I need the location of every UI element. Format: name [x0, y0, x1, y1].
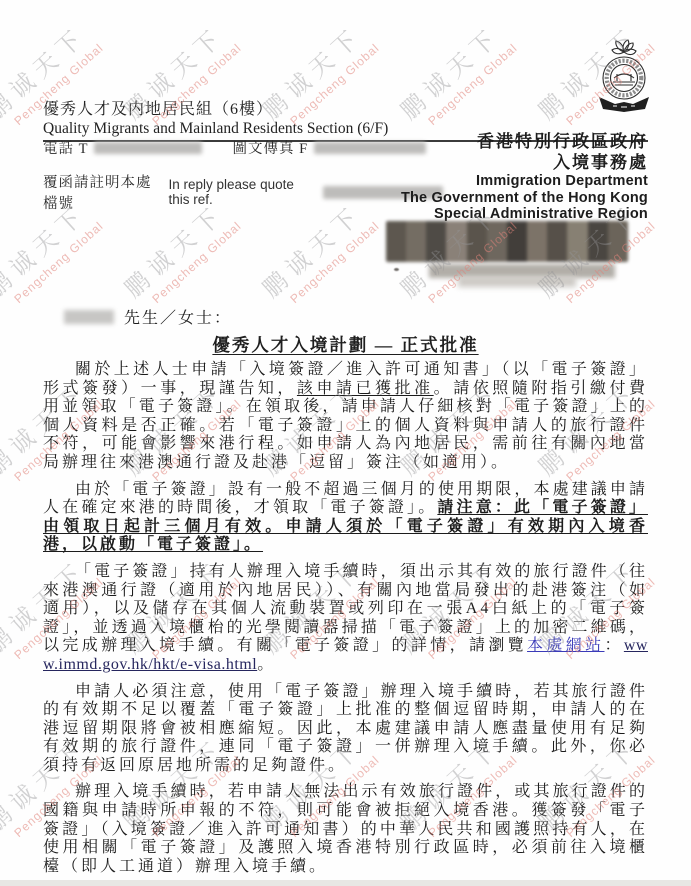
section-title-chinese: 優秀人才及内地居民組（6樓）	[43, 96, 648, 119]
paragraph-4: 申請人必須注意，使用「電子簽證」辦理入境手續時，若其旅行證件的有效期不足以覆蓋「…	[43, 683, 648, 776]
phone-label: 電話 T	[43, 137, 88, 158]
gov-line-3: Immigration Department	[401, 173, 648, 190]
redacted-address-line3	[458, 276, 576, 287]
gov-line-2: 入境事務處	[401, 153, 648, 174]
approved-underline: 該申請已獲批准	[297, 380, 434, 397]
letter-title: 優秀人才入境計劃 — 正式批准	[0, 332, 691, 357]
department-website-link[interactable]: 本處網站	[527, 637, 604, 654]
paragraph-1: 關於上述人士申請「入境簽證／進入許可通知書」（以「電子簽證」形式簽發）一事，現謹…	[43, 361, 648, 473]
redacted-recipient-name	[64, 310, 114, 324]
gov-line-1: 香港特別行政區政府	[401, 132, 648, 153]
redacted-phone	[94, 142, 202, 154]
scanned-letter-page: 優秀人才及内地居民組（6樓） Quality Migrants and Main…	[0, 0, 691, 886]
redacted-address-mosaic	[386, 221, 628, 262]
salutation: 先生／女士：	[64, 305, 232, 328]
government-letterhead: 香港特別行政區政府 入境事務處 Immigration Department T…	[401, 132, 648, 223]
ref-label-chinese: 覆函請註明本處檔號	[43, 171, 163, 213]
fax-group: 圖文傳真 F	[232, 137, 426, 158]
phone-fax-row: 電話 T 圖文傳真 F	[43, 137, 443, 158]
watermark-text-en: Pengcheng Global	[284, 216, 386, 309]
paragraph-2: 由於「電子簽證」設有一般不超過三個月的使用期限，本處建議申請人在確定來港的時間後…	[43, 481, 648, 555]
watermark-text-en: Pengcheng Global	[8, 216, 110, 309]
salutation-suffix: 先生／女士：	[124, 305, 232, 328]
fax-label: 圖文傳真 F	[232, 137, 308, 158]
redacted-address-block	[386, 221, 628, 287]
ref-row: 覆函請註明本處檔號 In reply please quote this ref…	[43, 171, 443, 213]
watermark-text-en: Pengcheng Global	[146, 216, 248, 309]
paragraph-5: 辦理入境手續時，若申請人無法出示有效旅行證件，或其旅行證件的國籍與申請時所申報的…	[43, 783, 648, 876]
redaction-artifact-dot	[394, 268, 399, 271]
gov-line-4: The Government of the Hong Kong	[401, 190, 648, 207]
ref-label-english: In reply please quote this ref.	[169, 177, 318, 207]
paragraph-3: 「電子簽證」持有人辦理入境手續時，須出示其有效的旅行證件（往來港澳通行證（適用於…	[43, 563, 648, 675]
contact-block: 電話 T 圖文傳真 F 覆函請註明本處檔號 In reply please qu…	[43, 137, 443, 213]
letter-body: 關於上述人士申請「入境簽證／進入許可通知書」（以「電子簽證」形式簽發）一事，現謹…	[43, 361, 648, 884]
